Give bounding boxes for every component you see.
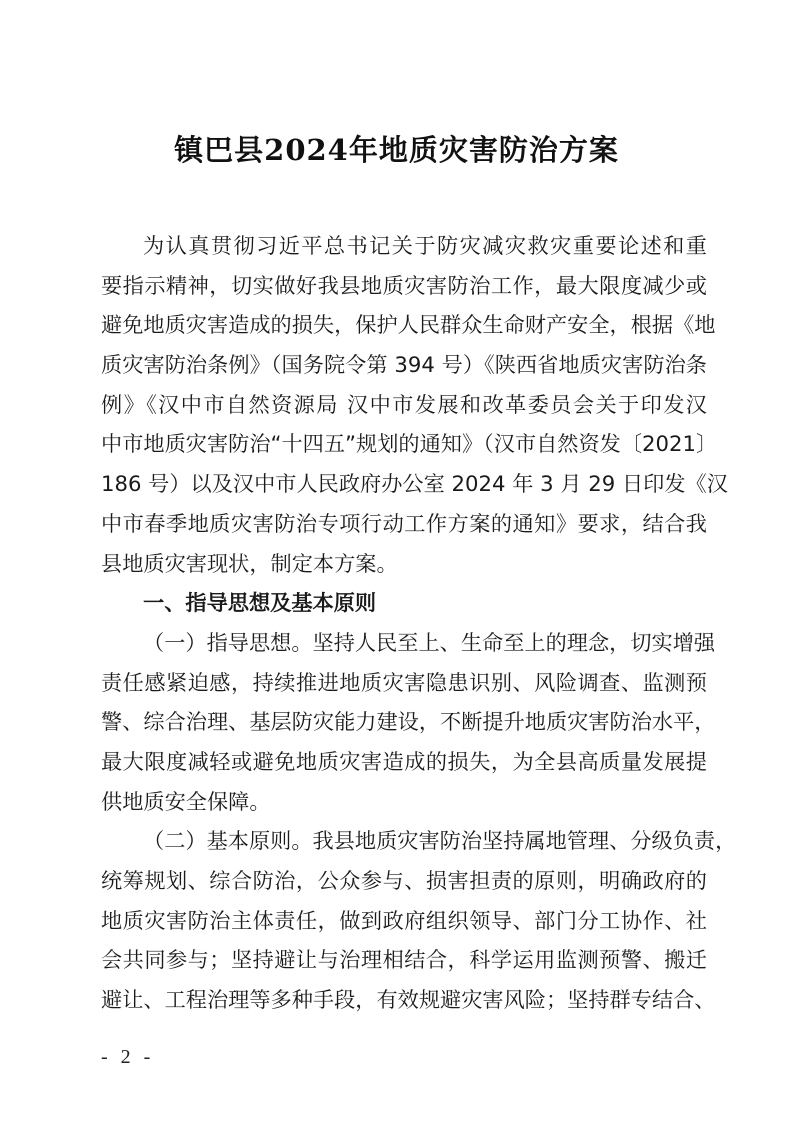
text-line: （二）基本原则。我县地质灾害防治坚持属地管理、分级负责， — [101, 821, 707, 861]
text-line: 避让、工程治理等多种手段，有效规避灾害风险；坚持群专结合、 — [101, 980, 707, 1020]
paragraph-guiding-ideology: （一）指导思想。坚持人民至上、生命至上的理念，切实增强 责任感紧迫感，持续推进地… — [101, 623, 707, 821]
text-line: 县地质灾害现状，制定本方案。 — [101, 544, 707, 584]
paragraph-basic-principles: （二）基本原则。我县地质灾害防治坚持属地管理、分级负责， 统筹规划、综合防治，公… — [101, 821, 707, 1019]
text-line: 中市春季地质灾害防治专项行动工作方案的通知》要求，结合我 — [101, 504, 707, 544]
text-line: 要指示精神，切实做好我县地质灾害防治工作，最大限度减少或 — [101, 266, 707, 306]
text-line: 会共同参与；坚持避让与治理相结合，科学运用监测预警、搬迁 — [101, 940, 707, 980]
page-number: - 2 - — [101, 1046, 154, 1069]
text-line: 为认真贯彻习近平总书记关于防灾减灾救灾重要论述和重 — [101, 226, 707, 266]
text-line: 责任感紧迫感，持续推进地质灾害隐患识别、风险调查、监测预 — [101, 663, 707, 703]
text-line: 地质灾害防治主体责任，做到政府组织领导、部门分工协作、社 — [101, 901, 707, 941]
document-body: 为认真贯彻习近平总书记关于防灾减灾救灾重要论述和重 要指示精神，切实做好我县地质… — [101, 226, 707, 1020]
text-line: （一）指导思想。坚持人民至上、生命至上的理念，切实增强 — [101, 623, 707, 663]
section-heading-text: 一、指导思想及基本原则 — [101, 583, 707, 623]
text-line: 例》《汉中市自然资源局 汉中市发展和改革委员会关于印发汉 — [101, 385, 707, 425]
document-title: 镇巴县2024年地质灾害防治方案 — [0, 128, 793, 169]
document-page: 镇巴县2024年地质灾害防治方案 为认真贯彻习近平总书记关于防灾减灾救灾重要论述… — [0, 0, 793, 1122]
section-heading: 一、指导思想及基本原则 — [101, 583, 707, 623]
text-line: 186 号）以及汉中市人民政府办公室 2024 年 3 月 29 日印发《汉 — [101, 464, 707, 504]
text-line: 统筹规划、综合防治，公众参与、损害担责的原则，明确政府的 — [101, 861, 707, 901]
text-line: 供地质安全保障。 — [101, 782, 707, 822]
text-line: 警、综合治理、基层防灾能力建设，不断提升地质灾害防治水平， — [101, 702, 707, 742]
text-line: 避免地质灾害造成的损失，保护人民群众生命财产安全，根据《地 — [101, 305, 707, 345]
text-line: 最大限度减轻或避免地质灾害造成的损失，为全县高质量发展提 — [101, 742, 707, 782]
text-line: 质灾害防治条例》（国务院令第 394 号）《陕西省地质灾害防治条 — [101, 345, 707, 385]
paragraph-intro: 为认真贯彻习近平总书记关于防灾减灾救灾重要论述和重 要指示精神，切实做好我县地质… — [101, 226, 707, 583]
text-line: 中市地质灾害防治“十四五”规划的通知》（汉市自然资发〔2021〕 — [101, 424, 707, 464]
